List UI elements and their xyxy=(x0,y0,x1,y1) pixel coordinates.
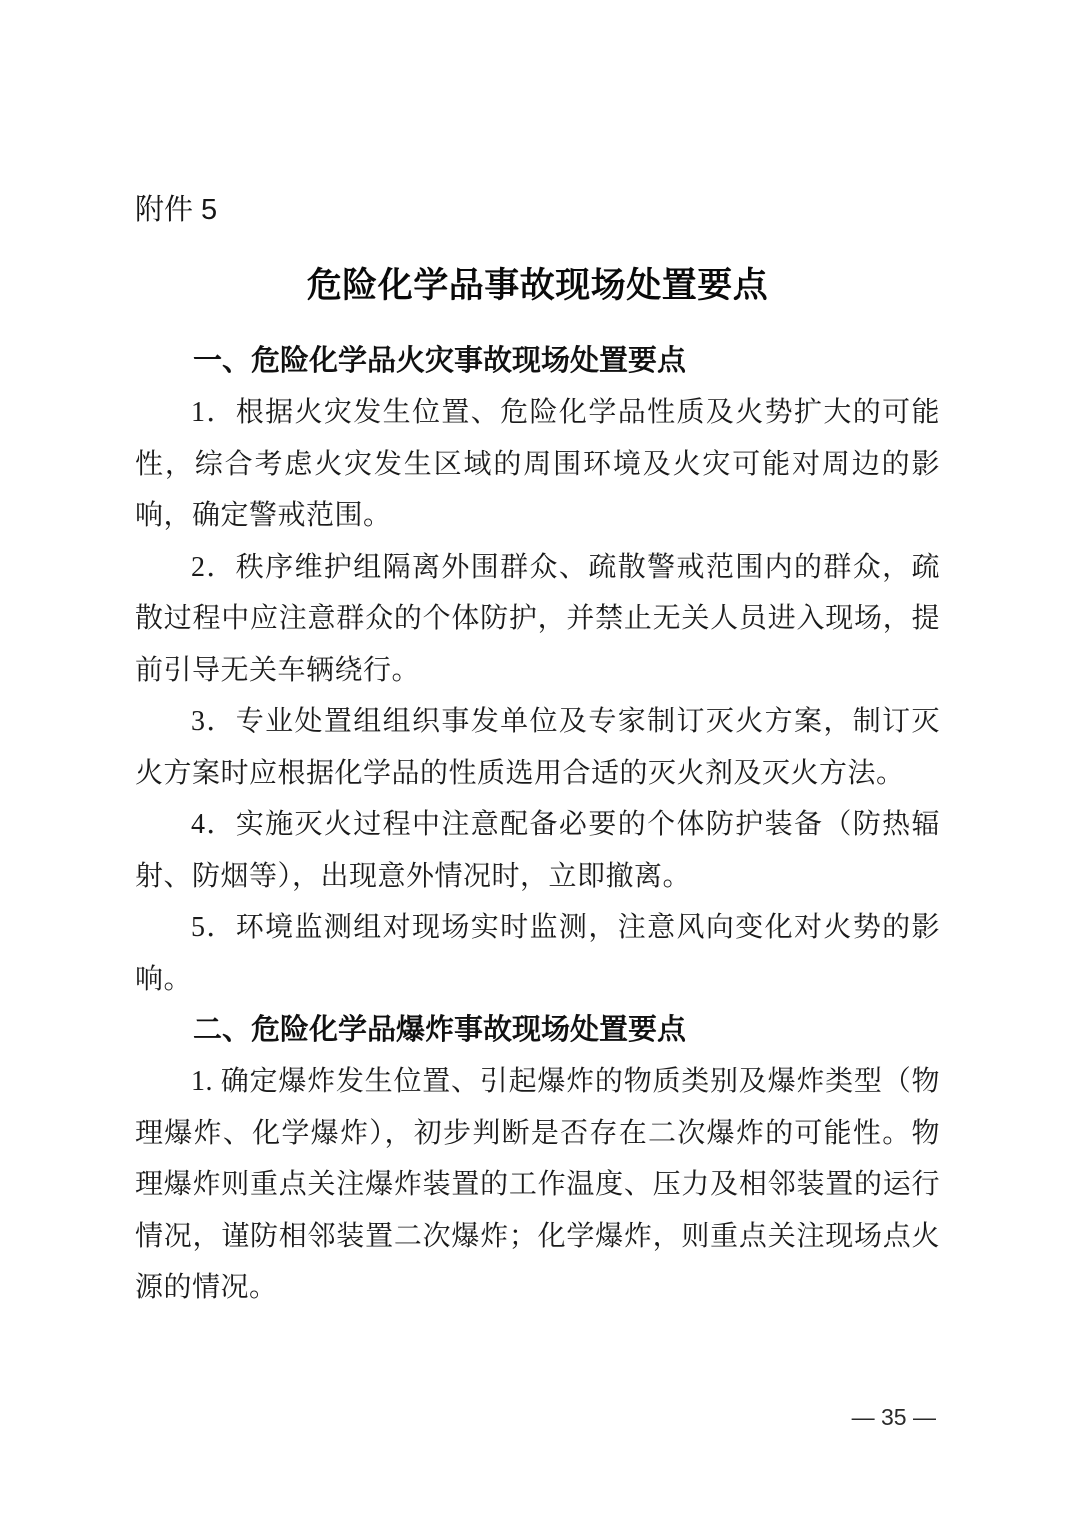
section-fire: 一、危险化学品火灾事故现场处置要点 1．根据火灾发生位置、危险化学品性质及火势扩… xyxy=(135,336,940,1005)
paragraph: 4．实施灭火过程中注意配备必要的个体防护装备（防热辐射、防烟等），出现意外情况时… xyxy=(135,799,940,902)
page-number: — 35 — xyxy=(852,1402,936,1432)
section-2-heading: 二、危险化学品爆炸事故现场处置要点 xyxy=(135,1005,940,1056)
document-content: 附件 5 危险化学品事故现场处置要点 一、危险化学品火灾事故现场处置要点 1．根… xyxy=(0,0,1074,1314)
document-title: 危险化学品事故现场处置要点 xyxy=(135,264,940,308)
paragraph: 5．环境监测组对现场实时监测，注意风向变化对火势的影响。 xyxy=(135,902,940,1005)
attachment-label: 附件 5 xyxy=(135,192,940,228)
section-explosion: 二、危险化学品爆炸事故现场处置要点 1. 确定爆炸发生位置、引起爆炸的物质类别及… xyxy=(135,1005,940,1314)
paragraph: 2．秩序维护组隔离外围群众、疏散警戒范围内的群众，疏散过程中应注意群众的个体防护… xyxy=(135,542,940,697)
paragraph: 1．根据火灾发生位置、危险化学品性质及火势扩大的可能性，综合考虑火灾发生区域的周… xyxy=(135,387,940,542)
section-1-heading: 一、危险化学品火灾事故现场处置要点 xyxy=(135,336,940,387)
paragraph: 3．专业处置组组织事发单位及专家制订灭火方案，制订灭火方案时应根据化学品的性质选… xyxy=(135,696,940,799)
paragraph: 1. 确定爆炸发生位置、引起爆炸的物质类别及爆炸类型（物理爆炸、化学爆炸），初步… xyxy=(135,1056,940,1314)
document-page: 附件 5 危险化学品事故现场处置要点 一、危险化学品火灾事故现场处置要点 1．根… xyxy=(0,0,1074,1520)
